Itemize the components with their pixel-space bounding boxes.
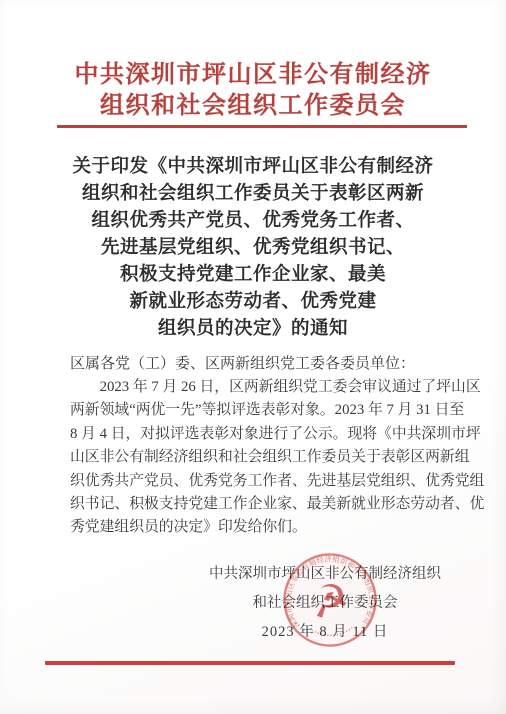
body-line: 织优秀共产党员、优秀党务工作者、先进基层党组织、优秀党组 (70, 470, 455, 493)
salutation-line: 区属各党（工）委、区两新组织党工委各委员单位： (70, 353, 460, 375)
title-line: 组织员的决定》的通知 (28, 316, 478, 343)
signature-org-line-2: 和社会组织工作委员会 (165, 589, 485, 618)
header-line-1: 中共深圳市坪山区非公有制经济 (0, 60, 506, 91)
body-line: 8 月 4 日，对拟评选表彰对象进行了公示。现将《中共深圳市坪 (70, 423, 455, 446)
title-line: 先进基层党组织、优秀党组织书记、 (28, 235, 478, 262)
body-line: 秀党建组织员的决定》印发给你们。 (70, 516, 455, 539)
title-line: 组织和社会组织工作委员关于表彰区两新 (28, 181, 478, 208)
signature-org-line-1: 中共深圳市坪山区非公有制经济组织 (165, 560, 485, 589)
title-line: 组织优秀共产党员、优秀党务工作者、 (28, 208, 478, 235)
body-line: 山区非公有制经济组织和社会组织工作委员关于表彰区两新组 (70, 446, 455, 469)
footer-red-rule (45, 661, 455, 665)
body-paragraph: 2023 年 7 月 26 日，区两新组织党工委会审议通过了坪山区两新领域“两优… (70, 376, 455, 540)
title-line: 新就业形态劳动者、优秀党建 (28, 289, 478, 316)
title-line: 关于印发《中共深圳市坪山区非公有制经济 (28, 154, 478, 181)
document-title: 关于印发《中共深圳市坪山区非公有制经济组织和社会组织工作委员关于表彰区两新组织优… (28, 154, 478, 343)
header-underline (57, 125, 467, 128)
signature-block: 中共深圳市坪山区非公有制经济组织 和社会组织工作委员会 2023 年 8 月 1… (165, 560, 485, 647)
body-line: 2023 年 7 月 26 日，区两新组织党工委会审议通过了坪山区 (70, 376, 455, 399)
signature-date: 2023 年 8 月 11 日 (165, 618, 485, 647)
title-line: 积极支持党建工作企业家、最美 (28, 262, 478, 289)
header-line-2: 组织和社会组织工作委员会 (0, 91, 506, 122)
document-page: 中共深圳市坪山区非公有制经济 组织和社会组织工作委员会 关于印发《中共深圳市坪山… (0, 0, 506, 714)
header-committee-name: 中共深圳市坪山区非公有制经济 组织和社会组织工作委员会 (0, 60, 506, 122)
body-line: 两新领域“两优一先”等拟评选表彰对象。2023 年 7 月 31 日至 (70, 399, 455, 422)
body-line: 织书记、积极支持党建工作企业家、最美新就业形态劳动者、优 (70, 493, 455, 516)
